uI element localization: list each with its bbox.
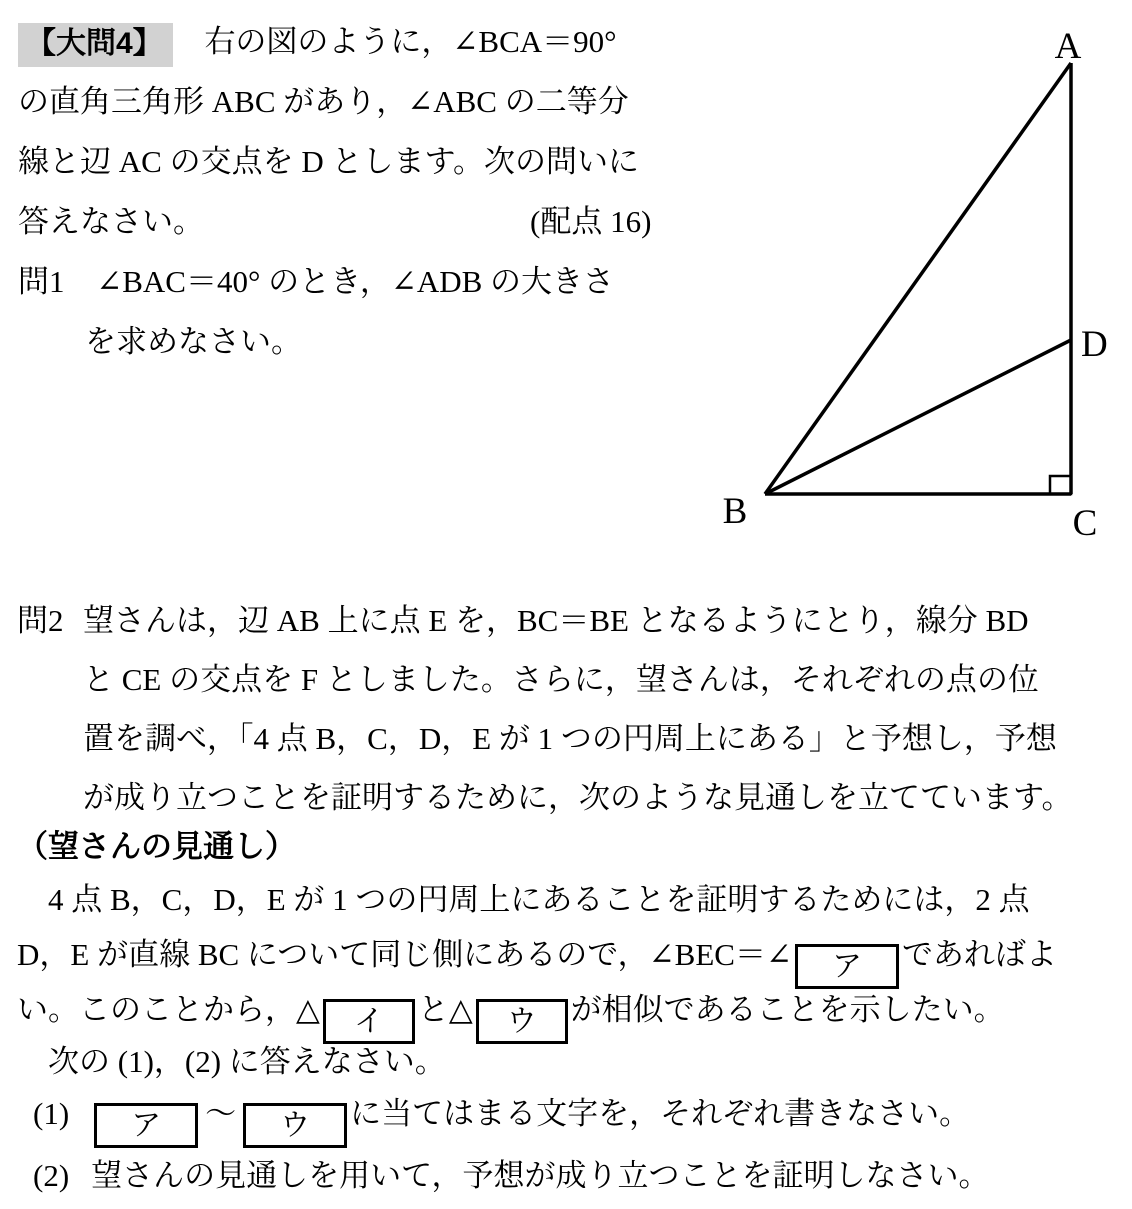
followup-instruction: 次の (1)，(2) に答えなさい。 bbox=[48, 1038, 446, 1086]
vertex-label-A: A bbox=[1055, 26, 1082, 67]
question-1-line-1: 問1 ∠BAC＝40° のとき，∠ADB の大きさ bbox=[18, 252, 708, 312]
question-1-line-2: を求めなさい。 bbox=[18, 312, 708, 372]
range-tilde: ～ bbox=[205, 1096, 236, 1131]
exam-page: 【大問4】 右の図のように，∠BCA＝90° の直角三角形 ABC があり，∠A… bbox=[0, 0, 1132, 1209]
outlook-line-3: い。このことから，△イと△ウが相似であることを示したい。 bbox=[17, 982, 1127, 1037]
outlook-text: い。このことから，△ bbox=[17, 992, 320, 1027]
side-BA bbox=[765, 63, 1071, 494]
question-2-line-1: 問2 望さんは，辺 AB 上に点 E を，BC＝BE となるようにとり，線分 B… bbox=[83, 591, 1132, 650]
outlook-line-1: 4 点 B，C，D，E が 1 つの円周上にあることを証明するためには，2 点 bbox=[17, 872, 1127, 927]
statement-line-4: 答えなさい。 (配点 16) bbox=[18, 192, 708, 252]
sub-question-2-label: (2) bbox=[33, 1158, 69, 1193]
outlook-text: D，E が直線 BC について同じ側にあるので，∠BEC＝∠ bbox=[17, 937, 792, 972]
sub-question-1: (1)ア～ウに当てはまる文字を，それぞれ書きなさい。 bbox=[33, 1086, 970, 1148]
problem-number-tag: 【大問4】 bbox=[18, 23, 173, 67]
question-2-label: 問2 bbox=[17, 591, 64, 650]
outlook-text: であればよ bbox=[902, 937, 1057, 972]
blank-box-a-ref: ア bbox=[94, 1103, 198, 1148]
question-2-text: 望さんは，辺 AB 上に点 E を，BC＝BE となるようにとり，線分 BD bbox=[83, 603, 1029, 638]
outlook-heading: （望さんの見通し） bbox=[17, 824, 296, 870]
question-1-label: 問1 bbox=[18, 252, 65, 312]
sub-question-1-text: に当てはまる文字を，それぞれ書きなさい。 bbox=[350, 1096, 970, 1131]
blank-box-u: ウ bbox=[476, 999, 568, 1044]
triangle-diagram: A B C D bbox=[700, 10, 1124, 555]
question-2-line-3: 置を調べ，「4 点 B，C，D，E が 1 つの円周上にある」と予想し，予想 bbox=[83, 709, 1132, 768]
right-angle-mark bbox=[1050, 476, 1071, 494]
points-allocation: (配点 16) bbox=[530, 192, 651, 252]
bisector-BD bbox=[765, 340, 1071, 494]
outlook-text: と△ bbox=[418, 992, 473, 1027]
outlook-line-2: D，E が直線 BC について同じ側にあるので，∠BEC＝∠アであればよ bbox=[17, 927, 1127, 982]
vertex-label-D: D bbox=[1081, 324, 1108, 365]
question-2: 問2 望さんは，辺 AB 上に点 E を，BC＝BE となるようにとり，線分 B… bbox=[17, 591, 1132, 827]
statement-text: 答えなさい。 bbox=[18, 204, 204, 239]
statement-line-3: 線と辺 AC の交点を D とします。次の問いに bbox=[18, 132, 708, 192]
statement-line-1: 【大問4】 右の図のように，∠BCA＝90° bbox=[18, 12, 708, 72]
question-2-line-4: が成り立つことを証明するために，次のような見通しを立てています。 bbox=[83, 768, 1132, 827]
problem-statement: 【大問4】 右の図のように，∠BCA＝90° の直角三角形 ABC があり，∠A… bbox=[18, 12, 708, 372]
question-2-line-2: と CE の交点を F としました。さらに，望さんは，それぞれの点の位 bbox=[83, 650, 1132, 709]
question-1-text: ∠BAC＝40° のとき，∠ADB の大きさ bbox=[96, 264, 614, 299]
sub-question-1-label: (1) bbox=[33, 1096, 69, 1131]
blank-box-u-ref: ウ bbox=[243, 1103, 347, 1148]
vertex-label-B: B bbox=[723, 491, 748, 532]
sub-question-2-text: 望さんの見通しを用いて，予想が成り立つことを証明しなさい。 bbox=[91, 1158, 989, 1193]
statement-text: 右の図のように，∠BCA＝90° bbox=[204, 24, 616, 59]
statement-line-2: の直角三角形 ABC があり，∠ABC の二等分 bbox=[18, 72, 708, 132]
vertex-label-C: C bbox=[1073, 503, 1098, 544]
outlook-body: 4 点 B，C，D，E が 1 つの円周上にあることを証明するためには，2 点 … bbox=[17, 872, 1127, 1037]
triangle-figure: A B C D bbox=[700, 10, 1124, 555]
outlook-text: が相似であることを示したい。 bbox=[571, 992, 1005, 1027]
sub-question-2: (2)望さんの見通しを用いて，予想が成り立つことを証明しなさい。 bbox=[33, 1148, 990, 1204]
